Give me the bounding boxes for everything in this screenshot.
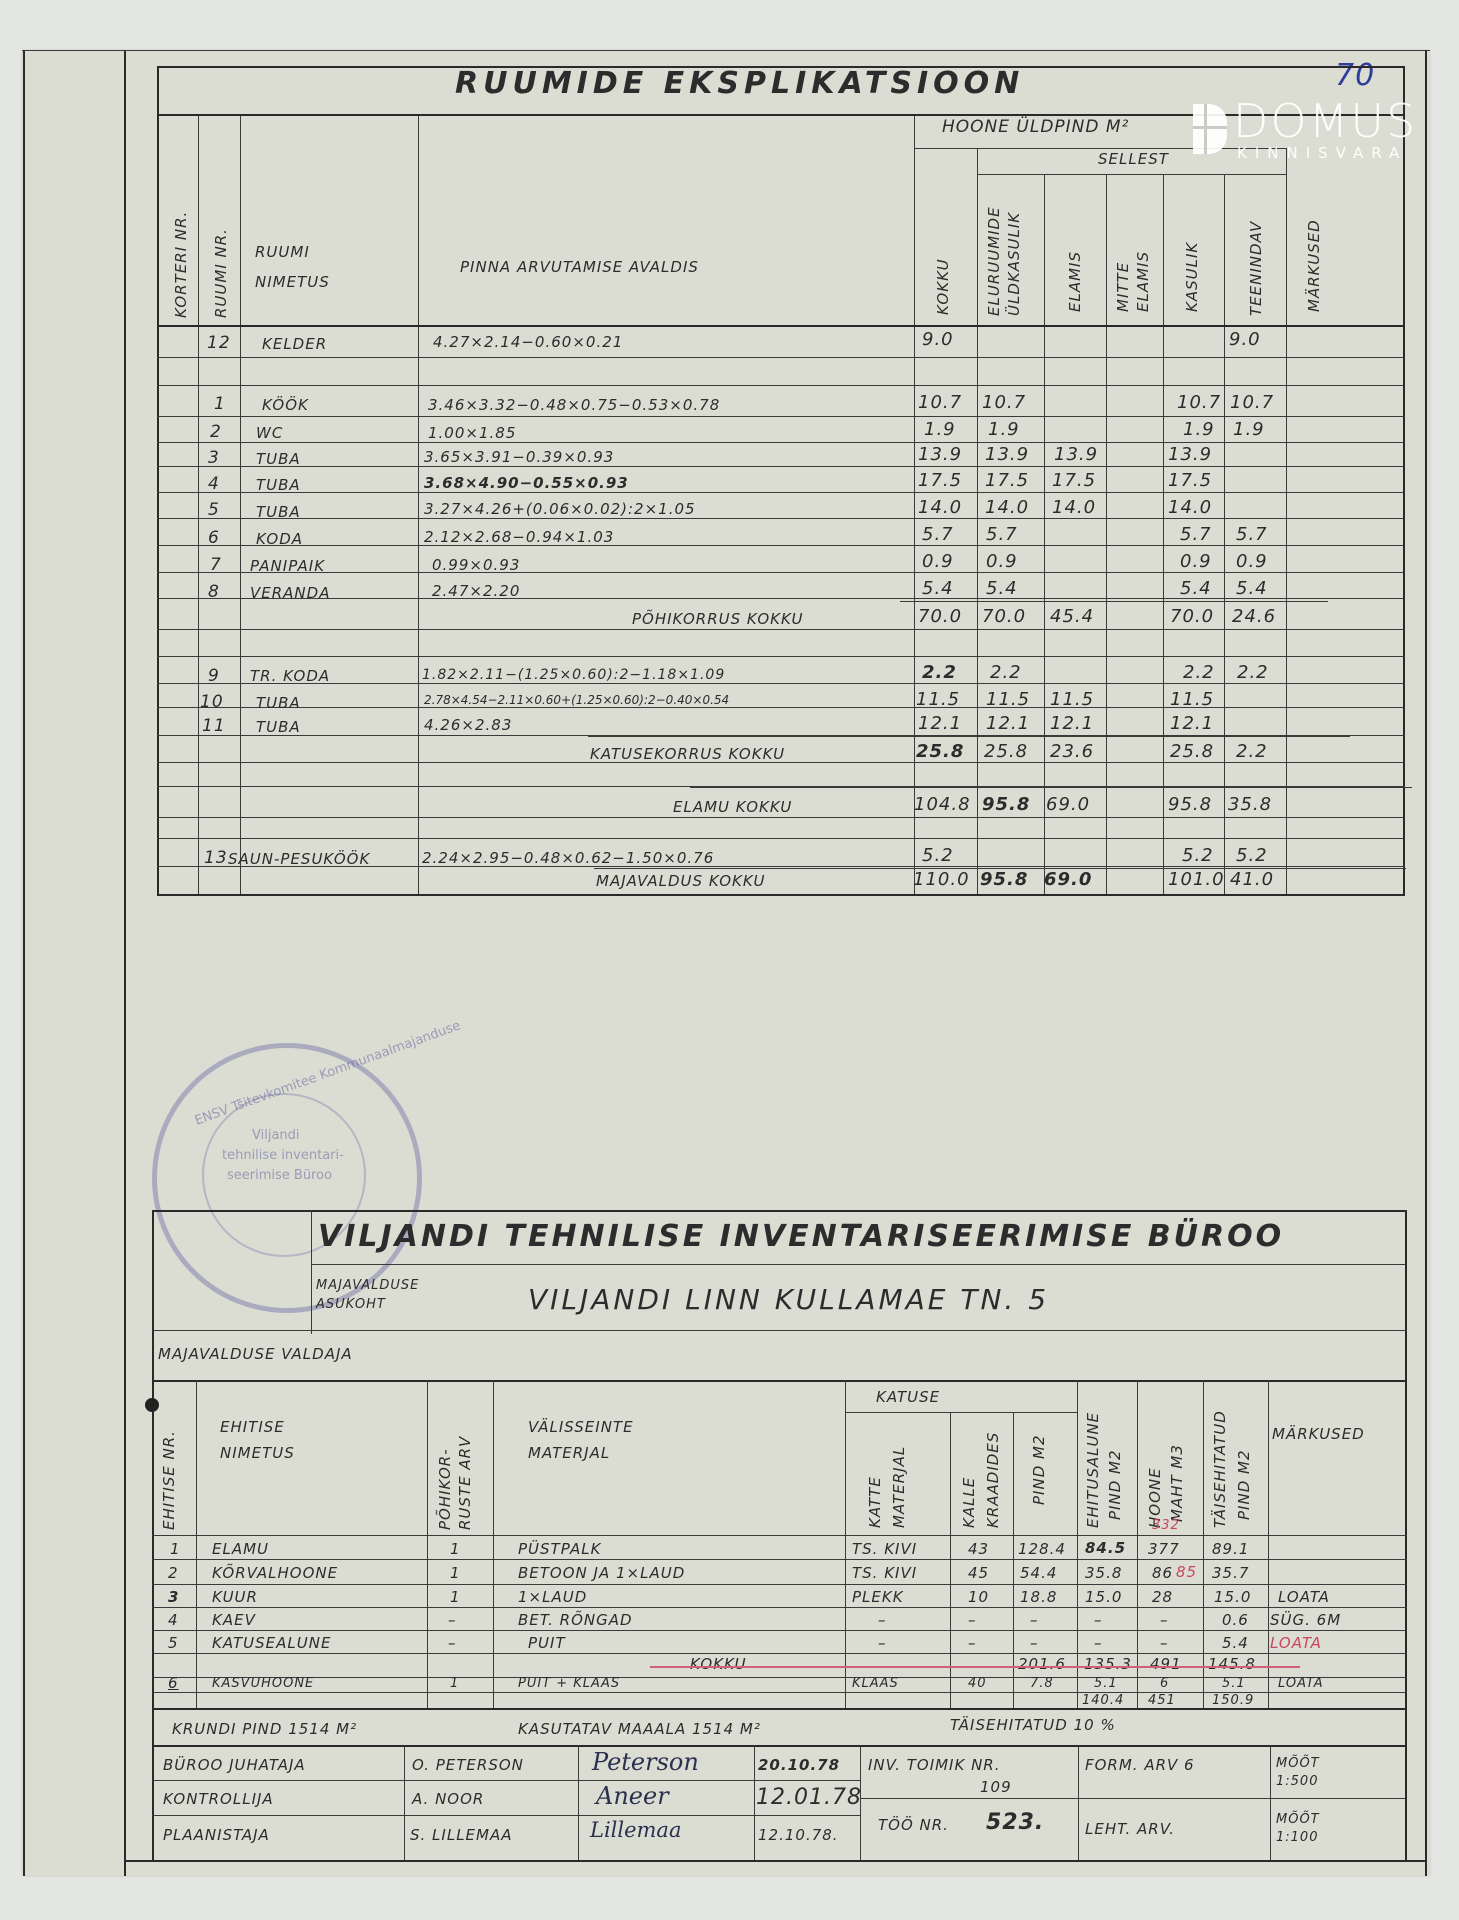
roof-area: – (1030, 1611, 1039, 1629)
roof-slope: 40 (968, 1676, 987, 1691)
area-kokku: 9.0 (922, 329, 954, 350)
header-line (977, 174, 1286, 175)
area-teenindav: 5.7 (1236, 524, 1268, 545)
col-line (1078, 1745, 1079, 1860)
built-area: 5.4 (1222, 1634, 1249, 1652)
room-formula: 3.46×3.32−0.48×0.75−0.53×0.78 (428, 396, 720, 414)
room-nr: 13 (204, 848, 228, 868)
area-uld: 2.2 (990, 662, 1022, 683)
subtotal-underline (690, 787, 1412, 788)
building-nr: 2 (168, 1564, 179, 1582)
building-volume: 86 (1152, 1564, 1173, 1582)
area-uld: 5.4 (986, 578, 1018, 599)
building-floors: 1 (450, 1676, 459, 1691)
header-ehitusalune: EHITUSALUNE (1084, 1412, 1102, 1528)
building-walls: 1×LAUD (518, 1588, 587, 1606)
building-volume: 377 (1148, 1540, 1180, 1558)
header-katuse: KATUSE (876, 1388, 940, 1406)
col-line (845, 1380, 846, 1710)
built-area: 145.8 (1208, 1655, 1256, 1673)
roof-slope: – (968, 1611, 977, 1629)
table-border-right (1403, 66, 1405, 896)
header-sellest: SELLEST (1098, 150, 1169, 168)
area-kokku: 13.9 (918, 444, 962, 465)
area-elamis: 17.5 (1052, 470, 1096, 491)
leht-arv: LEHT. ARV. (1085, 1820, 1175, 1838)
footprint-area: 135.3 (1084, 1655, 1132, 1673)
roof-material: TS. KIVI (852, 1540, 917, 1558)
scale-value: 1:500 (1276, 1774, 1318, 1789)
room-formula: 3.27×4.26+(0.06×0.02):2×1.05 (424, 500, 696, 518)
header-taisehitatud: TÄISEHITATUD (1211, 1410, 1229, 1528)
volume-correction: 332 (1152, 1518, 1180, 1533)
room-formula: 2.47×2.20 (432, 582, 520, 600)
row-line (157, 683, 1405, 684)
header-pohikorruste: RUSTE ARV (456, 1436, 474, 1530)
area-kokku: 10.7 (918, 392, 962, 413)
watermark-sub: KINNISVARA (1237, 144, 1407, 162)
row-line (860, 1798, 1405, 1799)
area-uld: 1.9 (988, 419, 1020, 440)
room-name: TUBA (256, 718, 301, 736)
footprint-area: 140.4 (1082, 1693, 1124, 1708)
room-formula: 0.99×0.93 (432, 556, 520, 574)
roof-area: – (1030, 1634, 1039, 1652)
subtotal-underline (900, 601, 1328, 602)
col-line (1270, 1745, 1271, 1860)
roof-area: 18.8 (1020, 1588, 1057, 1606)
area-elamis: 12.1 (1050, 713, 1094, 734)
building-nr: 6 (168, 1674, 179, 1692)
too-nr-label: TÖÖ NR. (878, 1816, 949, 1834)
building-nr: 3 (168, 1588, 179, 1606)
signoff-name: O. PETERSON (412, 1756, 524, 1774)
roof-material: – (878, 1611, 887, 1629)
row-line (157, 598, 1405, 599)
area-kasulik: 13.9 (1168, 444, 1212, 465)
roof-slope: 43 (968, 1540, 989, 1558)
col-line (914, 116, 915, 896)
header-eluruumide-1: ELURUUMIDE (985, 206, 1003, 316)
area-kokku: 12.1 (918, 713, 962, 734)
header-bottom-line (152, 1535, 1407, 1536)
summary-bottom-line (152, 1745, 1407, 1747)
scale-label: MÕÕT (1276, 1812, 1320, 1827)
room-name: TUBA (256, 503, 301, 521)
row-line (152, 1607, 1407, 1608)
header-ehitise-nr: EHITISE NR. (160, 1430, 178, 1530)
signoff-role: BÜROO JUHATAJA (163, 1756, 306, 1774)
col-line (493, 1380, 494, 1710)
building-volume: – (1160, 1634, 1169, 1652)
header-elamis: ELAMIS (1066, 251, 1084, 312)
area-kasulik: 14.0 (1168, 497, 1212, 518)
header-pind: PIND M2 (1030, 1435, 1048, 1506)
row-line (152, 1677, 1407, 1678)
building-name: KAEV (212, 1611, 256, 1629)
bureau-divider (311, 1210, 312, 1334)
watermark-brand: DOMUS (1233, 94, 1417, 148)
header-markused: MÄRKUSED (1305, 219, 1323, 312)
col-line (196, 1380, 197, 1710)
signature: Lillemaa (590, 1818, 681, 1842)
area-uld: 12.1 (986, 713, 1030, 734)
header-mitte-1: MITTE (1114, 262, 1132, 312)
area-teenindav: 2.2 (1236, 741, 1268, 762)
roof-material: TS. KIVI (852, 1564, 917, 1582)
area-kokku: 14.0 (918, 497, 962, 518)
area-kasulik: 70.0 (1170, 606, 1214, 627)
building-name: KATUSEALUNE (212, 1634, 331, 1652)
col-line (404, 1745, 405, 1860)
signoff-name: A. NOOR (412, 1790, 484, 1808)
col-line (1077, 1380, 1078, 1710)
header-valisseinte: MATERJAL (528, 1444, 610, 1462)
building-volume: 28 (1152, 1588, 1173, 1606)
room-nr: 6 (208, 528, 220, 548)
roof-area: 201.6 (1018, 1655, 1066, 1673)
area-uld: 25.8 (984, 741, 1028, 762)
area-kokku: 11.5 (916, 689, 960, 710)
header-kalle: KRAADIDES (984, 1432, 1002, 1528)
scale-label: MÕÕT (1276, 1756, 1320, 1771)
room-formula: 2.24×2.95−0.48×0.62−1.50×0.76 (422, 849, 714, 867)
binding-margin-line (124, 50, 126, 1876)
roof-slope: – (968, 1634, 977, 1652)
signoff-role: KONTROLLIJA (163, 1790, 274, 1808)
room-formula: 3.68×4.90−0.55×0.93 (424, 474, 629, 492)
subtotal-label: KOKKU (690, 1655, 747, 1673)
area-kasulik: 5.2 (1182, 845, 1214, 866)
header-maht: MAHT M3 (1168, 1444, 1186, 1522)
area-kokku: 1.9 (924, 419, 956, 440)
owner-label: MAJAVALDUSE VALDAJA (158, 1345, 353, 1363)
building-floors: – (448, 1611, 457, 1629)
subtotal-label: ELAMU KOKKU (673, 798, 792, 816)
room-formula: 4.27×2.14−0.60×0.21 (433, 333, 623, 351)
area-kokku: 25.8 (916, 741, 964, 762)
building-volume: 491 (1150, 1655, 1182, 1673)
area-kasulik: 11.5 (1170, 689, 1214, 710)
row-line (157, 629, 1405, 630)
row-line (157, 518, 1405, 519)
roof-material: PLEKK (852, 1588, 904, 1606)
header-ehitusalune: PIND M2 (1106, 1450, 1124, 1521)
building-name: ELAMU (212, 1540, 269, 1558)
row-line (152, 1630, 1407, 1631)
room-name: PANIPAIK (250, 557, 325, 575)
area-kasulik: 101.0 (1168, 869, 1225, 890)
area-kasulik: 12.1 (1170, 713, 1214, 734)
header-kalle: KALLE (960, 1477, 978, 1528)
row-line (152, 1780, 860, 1781)
row-line (157, 656, 1405, 657)
row-line (157, 385, 1405, 386)
room-formula: 1.82×2.11−(1.25×0.60):2−1.18×1.09 (422, 667, 725, 683)
building-name: KUUR (212, 1588, 258, 1606)
area-uld: 95.8 (980, 869, 1028, 890)
signoff-date: 20.10.78 (758, 1756, 840, 1774)
area-uld: 5.7 (986, 524, 1018, 545)
building-walls: BET. RÕNGAD (518, 1611, 633, 1629)
area-teenindav: 9.0 (1229, 329, 1261, 350)
inv-toimik-label: INV. TOIMIK NR. (868, 1756, 1001, 1774)
header-line (914, 148, 1286, 149)
address-label: MAJAVALDUSE (316, 1278, 419, 1293)
row-line (157, 545, 1405, 546)
col-line (754, 1745, 755, 1860)
volume-correction: 85 (1176, 1563, 1197, 1581)
room-formula: 3.65×3.91−0.39×0.93 (424, 448, 614, 466)
stamp-inner-text: tehnilise inventari- (222, 1148, 344, 1163)
header-katte: KATTE (866, 1476, 884, 1528)
room-formula: 2.12×2.68−0.94×1.03 (424, 528, 614, 546)
room-nr: 4 (208, 474, 220, 494)
subtotal-underline (588, 736, 1350, 737)
page-number: 70 (1335, 58, 1375, 93)
area-elamis: 69.0 (1046, 794, 1090, 815)
building-notes: LOATA (1270, 1634, 1322, 1652)
building-name: KASVUHOONE (212, 1676, 314, 1691)
header-ruumi-nr: RUUMI NR. (212, 228, 230, 318)
row-line (157, 572, 1405, 573)
roof-area: 128.4 (1018, 1540, 1066, 1558)
area-kokku: 2.2 (922, 662, 957, 683)
area-kokku: 5.4 (922, 578, 954, 599)
building-volume: 6 (1160, 1676, 1169, 1691)
area-uld: 0.9 (986, 551, 1018, 572)
roof-area: 7.8 (1030, 1676, 1054, 1691)
area-uld: 14.0 (985, 497, 1029, 518)
signoff-date: 12.10.78. (758, 1826, 839, 1844)
building-floors: 1 (450, 1540, 461, 1558)
header-bottom-line (157, 325, 1405, 327)
roof-slope: 10 (968, 1588, 989, 1606)
signature: Aneer (596, 1782, 669, 1810)
area-kokku: 5.2 (922, 845, 954, 866)
row-line (152, 1584, 1407, 1585)
header-ehitise-nimetus: NIMETUS (220, 1444, 295, 1462)
area-elamis: 23.6 (1050, 741, 1094, 762)
header-pinna-avaldis: PINNA ARVUTAMISE AVALDIS (460, 258, 699, 276)
subtotal-label: KATUSEKORRUS KOKKU (590, 745, 785, 763)
stamp-inner-text: seerimise Büroo (227, 1168, 332, 1183)
header-hoone-uldpind: HOONE ÜLDPIND M² (942, 117, 1129, 137)
roof-slope: 45 (968, 1564, 989, 1582)
building-floors: – (448, 1634, 457, 1652)
red-strikethrough (650, 1666, 1300, 1668)
area-teenindav: 5.4 (1236, 578, 1268, 599)
row-line (157, 442, 1405, 443)
room-name: SAUN-PESUKÖÖK (228, 850, 370, 868)
col-line (1137, 1380, 1138, 1710)
building-notes: SÜG. 6M (1270, 1611, 1341, 1629)
plot-area: KRUNDI PIND 1514 M² (172, 1720, 357, 1738)
header-taisehitatud: PIND M2 (1235, 1450, 1253, 1521)
building-nr: 4 (168, 1611, 179, 1629)
area-uld: 11.5 (986, 689, 1030, 710)
area-uld: 10.7 (982, 392, 1026, 413)
bureau-divider (311, 1264, 1406, 1265)
row-line (152, 1653, 1407, 1654)
form-arv: FORM. ARV 6 (1085, 1756, 1195, 1774)
area-uld: 95.8 (982, 794, 1030, 815)
area-kokku: 17.5 (918, 470, 962, 491)
buildings-bottom-line (152, 1708, 1407, 1710)
row-line (157, 357, 1405, 358)
footprint-area: – (1094, 1611, 1103, 1629)
sheet-bottom-line (124, 1860, 1427, 1862)
built-area: 35.7 (1212, 1564, 1249, 1582)
roof-material: – (878, 1634, 887, 1652)
area-kokku: 70.0 (918, 606, 962, 627)
col-line (977, 148, 978, 896)
area-elamis: 14.0 (1052, 497, 1096, 518)
header-teenindav: TEENINDAV (1247, 221, 1265, 316)
room-nr: 3 (208, 448, 220, 468)
header-kokku: KOKKU (934, 258, 952, 315)
inv-toimik-value: 109 (980, 1778, 1012, 1796)
signoff-name: S. LILLEMAA (410, 1826, 513, 1844)
room-name: KODA (256, 530, 303, 548)
total-label: MAJAVALDUS KOKKU (596, 872, 765, 890)
row-line (157, 817, 1405, 818)
ink-blot (145, 1398, 159, 1412)
area-teenindav: 2.2 (1237, 662, 1269, 683)
bureau-frame-top (152, 1210, 1407, 1212)
address-label: ASUKOHT (316, 1297, 386, 1312)
col-line (1203, 1380, 1204, 1710)
sheet-left-edge (23, 50, 25, 1876)
building-notes: LOATA (1278, 1588, 1330, 1606)
room-nr: 5 (208, 500, 220, 520)
room-formula: 2.78×4.54−2.11×0.60+(1.25×0.60):2−0.40×0… (424, 693, 729, 707)
built-area: 89.1 (1212, 1540, 1249, 1558)
usable-land-area: KASUTATAV MAAALA 1514 M² (518, 1720, 761, 1738)
col-line (1286, 148, 1287, 896)
subtotal-label: PÕHIKORRUS KOKKU (632, 610, 804, 628)
area-teenindav: 5.2 (1236, 845, 1268, 866)
room-name: VERANDA (250, 584, 330, 602)
area-kasulik: 2.2 (1183, 662, 1215, 683)
area-elamis: 45.4 (1050, 606, 1094, 627)
built-area: 150.9 (1212, 1693, 1254, 1708)
signoff-date: 12.01.78 (756, 1785, 862, 1810)
building-walls: PÜSTPALK (518, 1540, 601, 1558)
header-ruumi-nimetus-2: NIMETUS (255, 273, 330, 291)
footprint-area: – (1094, 1634, 1103, 1652)
row-line (157, 707, 1405, 708)
area-uld: 70.0 (982, 606, 1026, 627)
built-area: 15.0 (1214, 1588, 1251, 1606)
area-kasulik: 25.8 (1170, 741, 1214, 762)
built-area: 0.6 (1222, 1611, 1249, 1629)
area-kasulik: 0.9 (1180, 551, 1212, 572)
room-formula: 4.26×2.83 (424, 716, 512, 734)
area-teenindav: 1.9 (1233, 419, 1265, 440)
row-line (157, 492, 1405, 493)
scale-value: 1:100 (1276, 1830, 1318, 1845)
roof-material: KLAAS (852, 1676, 899, 1691)
area-kasulik: 17.5 (1168, 470, 1212, 491)
col-line (578, 1745, 579, 1860)
col-line (427, 1380, 428, 1710)
room-nr: 11 (202, 716, 226, 736)
room-name: KÖÖK (262, 396, 309, 414)
bureau-title: VILJANDI TEHNILISE INVENTARISEERIMISE BÜ… (318, 1219, 1284, 1254)
room-nr: 12 (207, 333, 231, 353)
building-walls: BETOON JA 1×LAUD (518, 1564, 685, 1582)
header-line (845, 1412, 1077, 1413)
header-ehitise-nimetus: EHITISE (220, 1418, 285, 1436)
sheet-right-edge (1425, 50, 1427, 1876)
area-teenindav: 24.6 (1232, 606, 1276, 627)
bureau-divider (152, 1330, 1407, 1331)
room-nr: 8 (208, 582, 220, 602)
building-notes: LOATA (1278, 1676, 1324, 1691)
header-korteri-nr: KORTERI NR. (172, 211, 190, 318)
building-floors: 1 (450, 1564, 461, 1582)
col-line (198, 116, 199, 896)
built-area: 5.1 (1222, 1676, 1246, 1691)
room-nr: 1 (214, 394, 226, 414)
table-border-bottom (157, 894, 1405, 896)
sheet-top-edge (22, 50, 1430, 51)
room-nr: 2 (210, 422, 222, 442)
area-kasulik: 10.7 (1177, 392, 1221, 413)
building-name: KÕRVALHOONE (212, 1564, 338, 1582)
room-name: TUBA (256, 450, 301, 468)
header-katte: MATERJAL (890, 1446, 908, 1528)
building-volume: – (1160, 1611, 1169, 1629)
table-border-left (157, 66, 159, 896)
building-nr: 5 (168, 1634, 179, 1652)
official-stamp: ENSV Tšitevkomitee Kommunaalmajanduse Vi… (152, 1043, 422, 1313)
area-kokku: 110.0 (913, 869, 970, 890)
signoff-role: PLAANISTAJA (163, 1826, 270, 1844)
room-nr: 9 (208, 666, 220, 686)
building-nr: 1 (170, 1540, 181, 1558)
header-markused: MÄRKUSED (1272, 1425, 1365, 1443)
area-uld: 13.9 (985, 444, 1029, 465)
row-line (152, 1559, 1407, 1560)
signature: Peterson (592, 1748, 699, 1776)
area-kokku: 0.9 (922, 551, 954, 572)
area-kasulik: 1.9 (1183, 419, 1215, 440)
row-line (152, 1815, 860, 1816)
room-nr: 7 (210, 555, 222, 575)
buildings-top-line (152, 1380, 1407, 1382)
row-line (157, 838, 1405, 839)
room-formula: 1.00×1.85 (428, 424, 516, 442)
area-kasulik: 95.8 (1168, 794, 1212, 815)
col-line (418, 116, 419, 896)
building-volume: 451 (1148, 1693, 1176, 1708)
area-uld: 17.5 (985, 470, 1029, 491)
property-address: VILJANDI LINN KULLAMAE TN. 5 (528, 1283, 1049, 1316)
row-line (157, 416, 1405, 417)
header-pohikorruste: PÕHIKOR- (436, 1448, 454, 1530)
room-name: TR. KODA (250, 667, 330, 685)
stamp-inner-text: Viljandi (252, 1128, 300, 1143)
room-nr: 10 (200, 692, 224, 712)
row-line (157, 466, 1405, 467)
header-kasulik: KASULIK (1183, 242, 1201, 312)
area-elamis: 13.9 (1054, 444, 1098, 465)
room-name: WC (256, 424, 283, 442)
domus-logo-icon (1193, 104, 1227, 154)
area-kasulik: 5.7 (1180, 524, 1212, 545)
